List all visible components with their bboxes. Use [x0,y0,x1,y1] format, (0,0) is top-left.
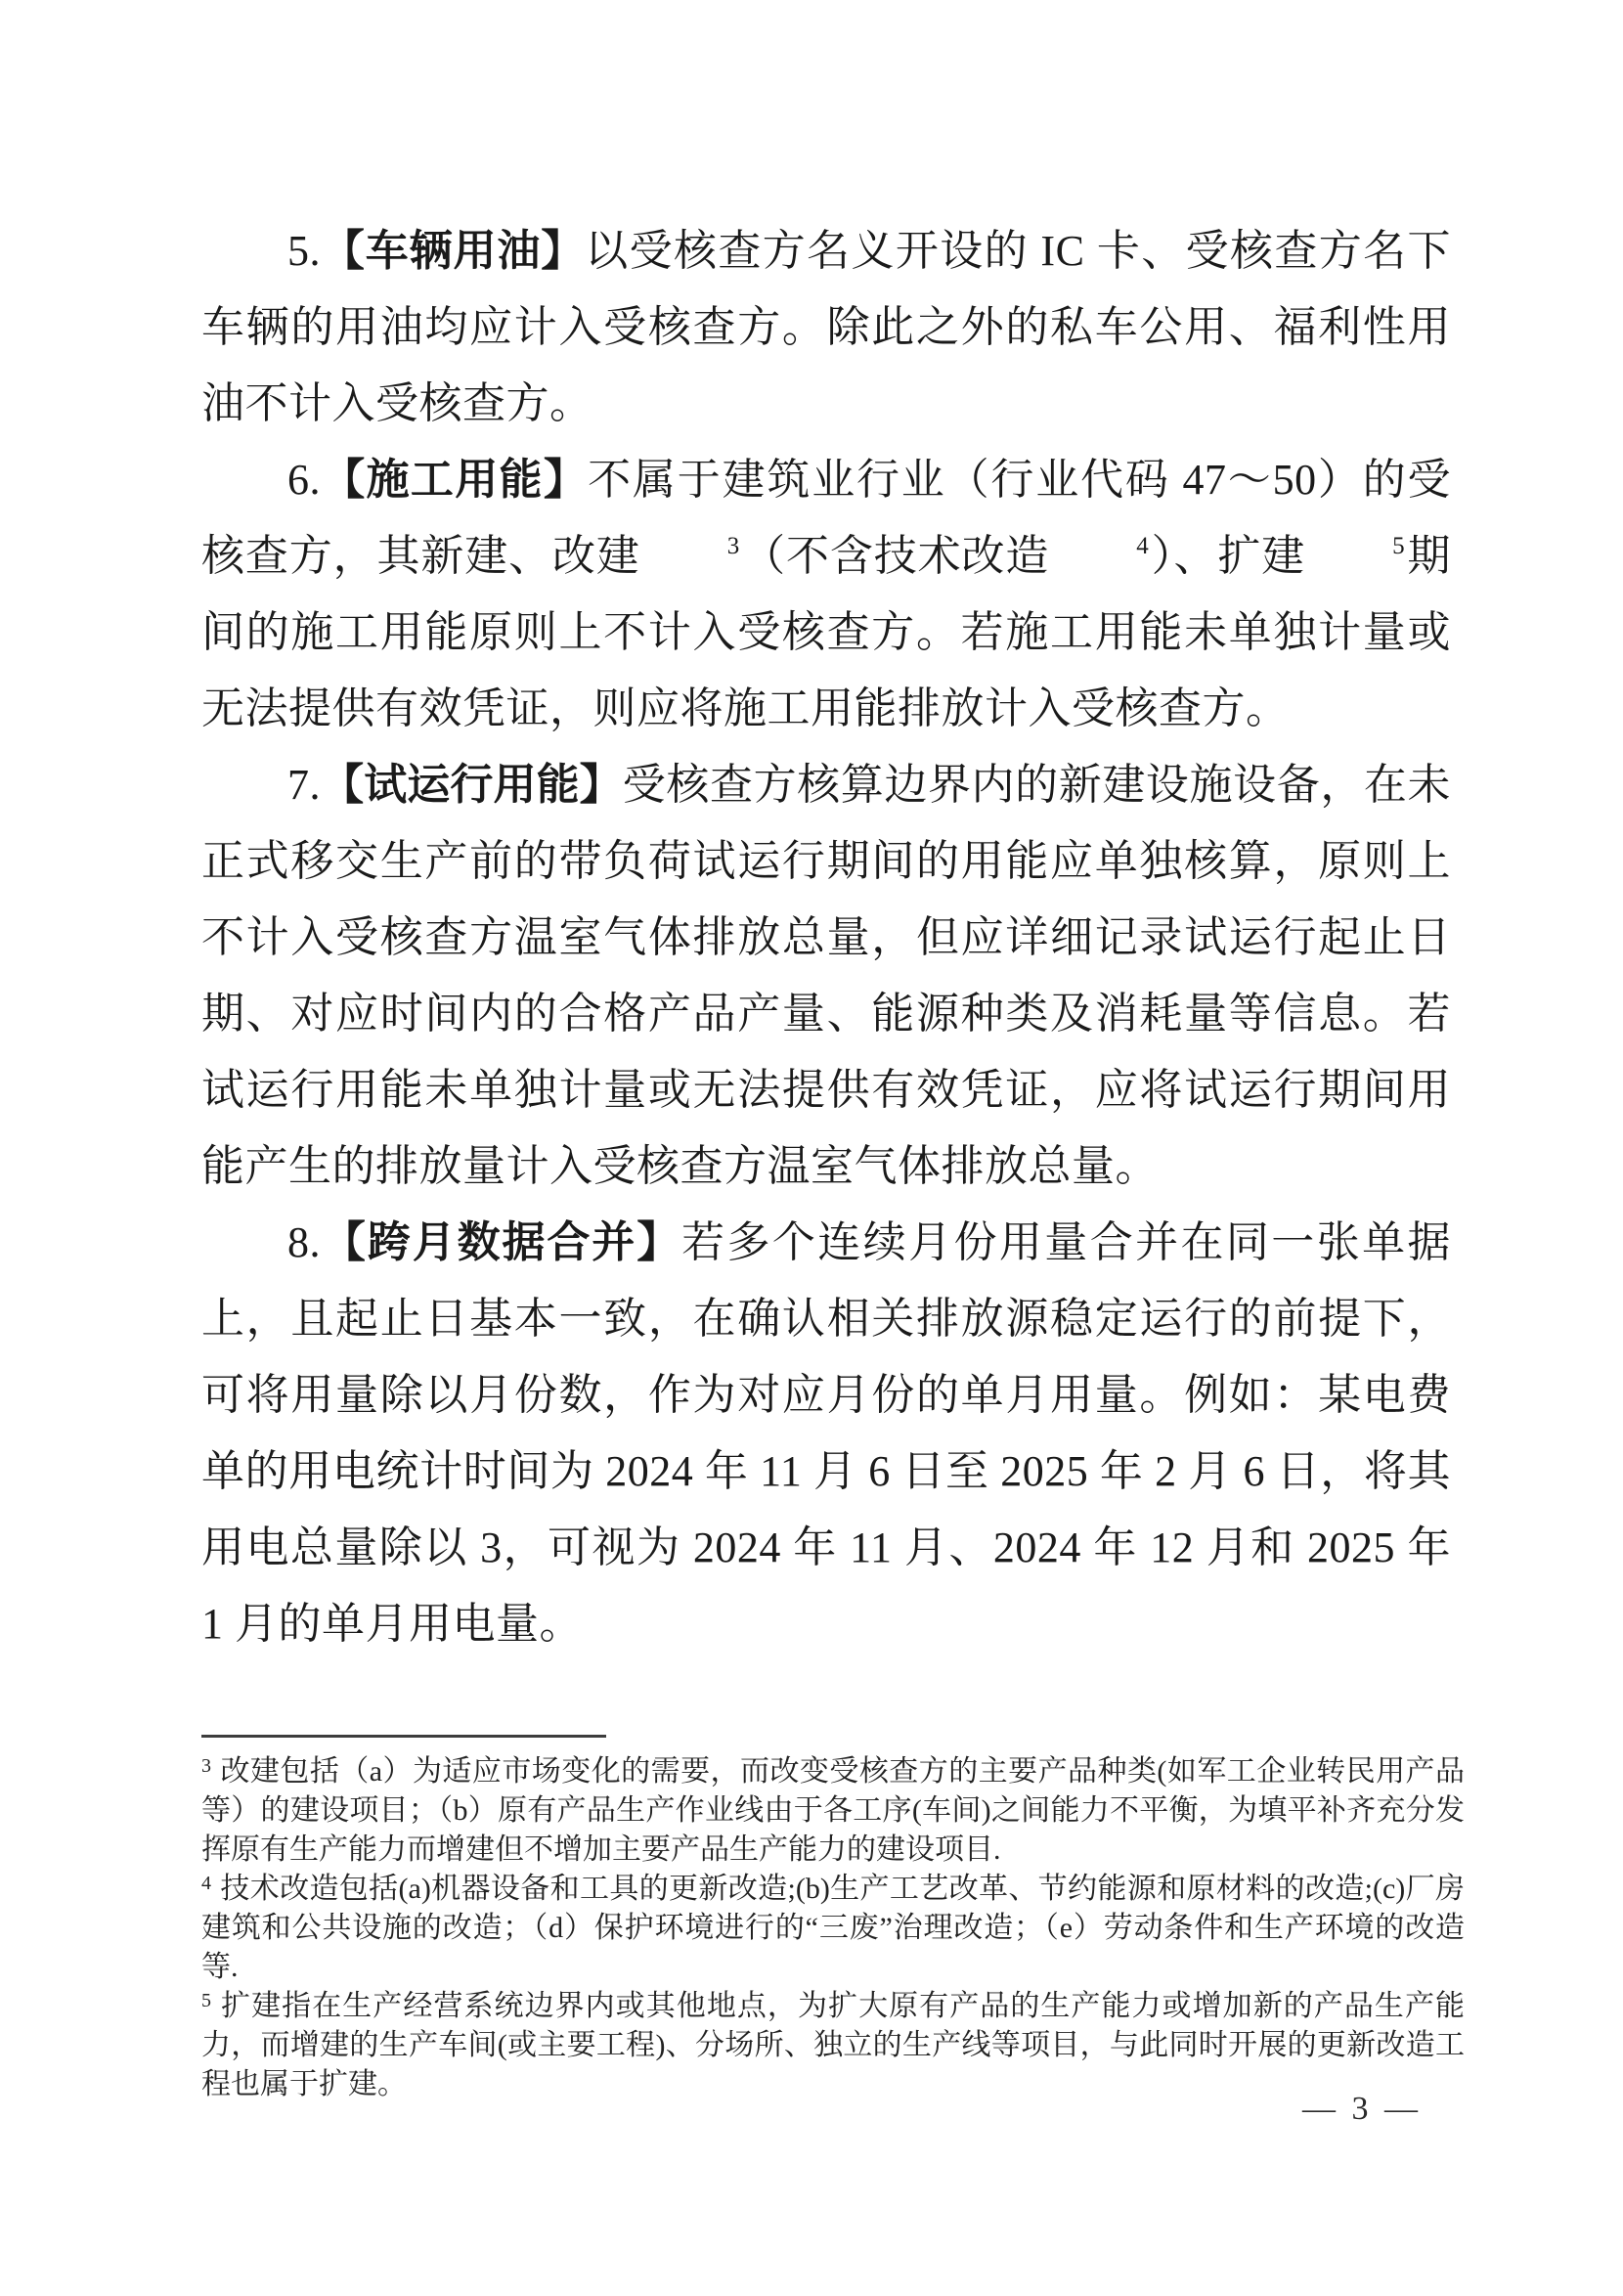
footnote-3: 3改建包括（a）为适应市场变化的需要，而改变受核查方的主要产品种类(如军工企业转… [201,1752,1465,1870]
paragraph-item-7: 7.【试运行用能】受核查方核算边界内的新建设施设备，在未正式移交生产前的带负荷试… [201,747,1451,1205]
body-text: 7. [287,761,321,809]
footnote-text: 扩建指在生产经营系统边界内或其他地点，为扩大原有产品的生产能力或增加新的产品生产… [201,1990,1465,2100]
body-text: 6. [287,456,321,504]
paragraph-item-8: 8.【跨月数据合并】若多个连续月份用量合并在同一张单据上，且起止日基本一致，在确… [201,1205,1451,1662]
footnote-5: 5扩建指在生产经营系统边界内或其他地点，为扩大原有产品的生产能力或增加新的产品生… [201,1987,1465,2104]
body-text: （不含技术改造 [742,532,1050,580]
document-body: 5.【车辆用油】以受核查方名义开设的 IC 卡、受核查方名下车辆的用油均应计入受… [201,213,1451,1662]
term-label: 【施工用能】 [321,456,588,504]
paragraph-item-6: 6.【施工用能】不属于建筑业行业（行业代码 47～50）的受核查方，其新建、改建… [201,442,1451,747]
footnote-text: 改建包括（a）为适应市场变化的需要，而改变受核查方的主要产品种类(如军工企业转民… [201,1755,1465,1866]
term-label: 【车辆用油】 [321,227,585,275]
body-text: 受核查方核算边界内的新建设施设备，在未正式移交生产前的带负荷试运行期间的用能应单… [201,761,1451,1190]
footnote-4: 4技术改造包括(a)机器设备和工具的更新改造;(b)生产工艺改革、节约能源和原材… [201,1870,1465,1987]
body-text: 8. [287,1218,321,1266]
body-text: 5. [287,227,321,275]
page-number: — 3 — [1302,2091,1422,2128]
term-label: 【试运行用能】 [321,761,623,809]
body-text: 若多个连续月份用量合并在同一张单据上，且起止日基本一致，在确认相关排放源稳定运行… [201,1218,1451,1648]
term-label: 【跨月数据合并】 [321,1218,681,1266]
footnotes-section: 3改建包括（a）为适应市场变化的需要，而改变受核查方的主要产品种类(如军工企业转… [201,1752,1465,2104]
paragraph-item-5: 5.【车辆用油】以受核查方名义开设的 IC 卡、受核查方名下车辆的用油均应计入受… [201,213,1451,442]
footnote-separator [201,1735,606,1738]
footnote-text: 技术改造包括(a)机器设备和工具的更新改造;(b)生产工艺改革、节约能源和原材料… [201,1873,1465,1983]
document-page: 5.【车辆用油】以受核查方名义开设的 IC 卡、受核查方名下车辆的用油均应计入受… [0,0,1623,2296]
body-text: ）、扩建 [1151,532,1305,580]
